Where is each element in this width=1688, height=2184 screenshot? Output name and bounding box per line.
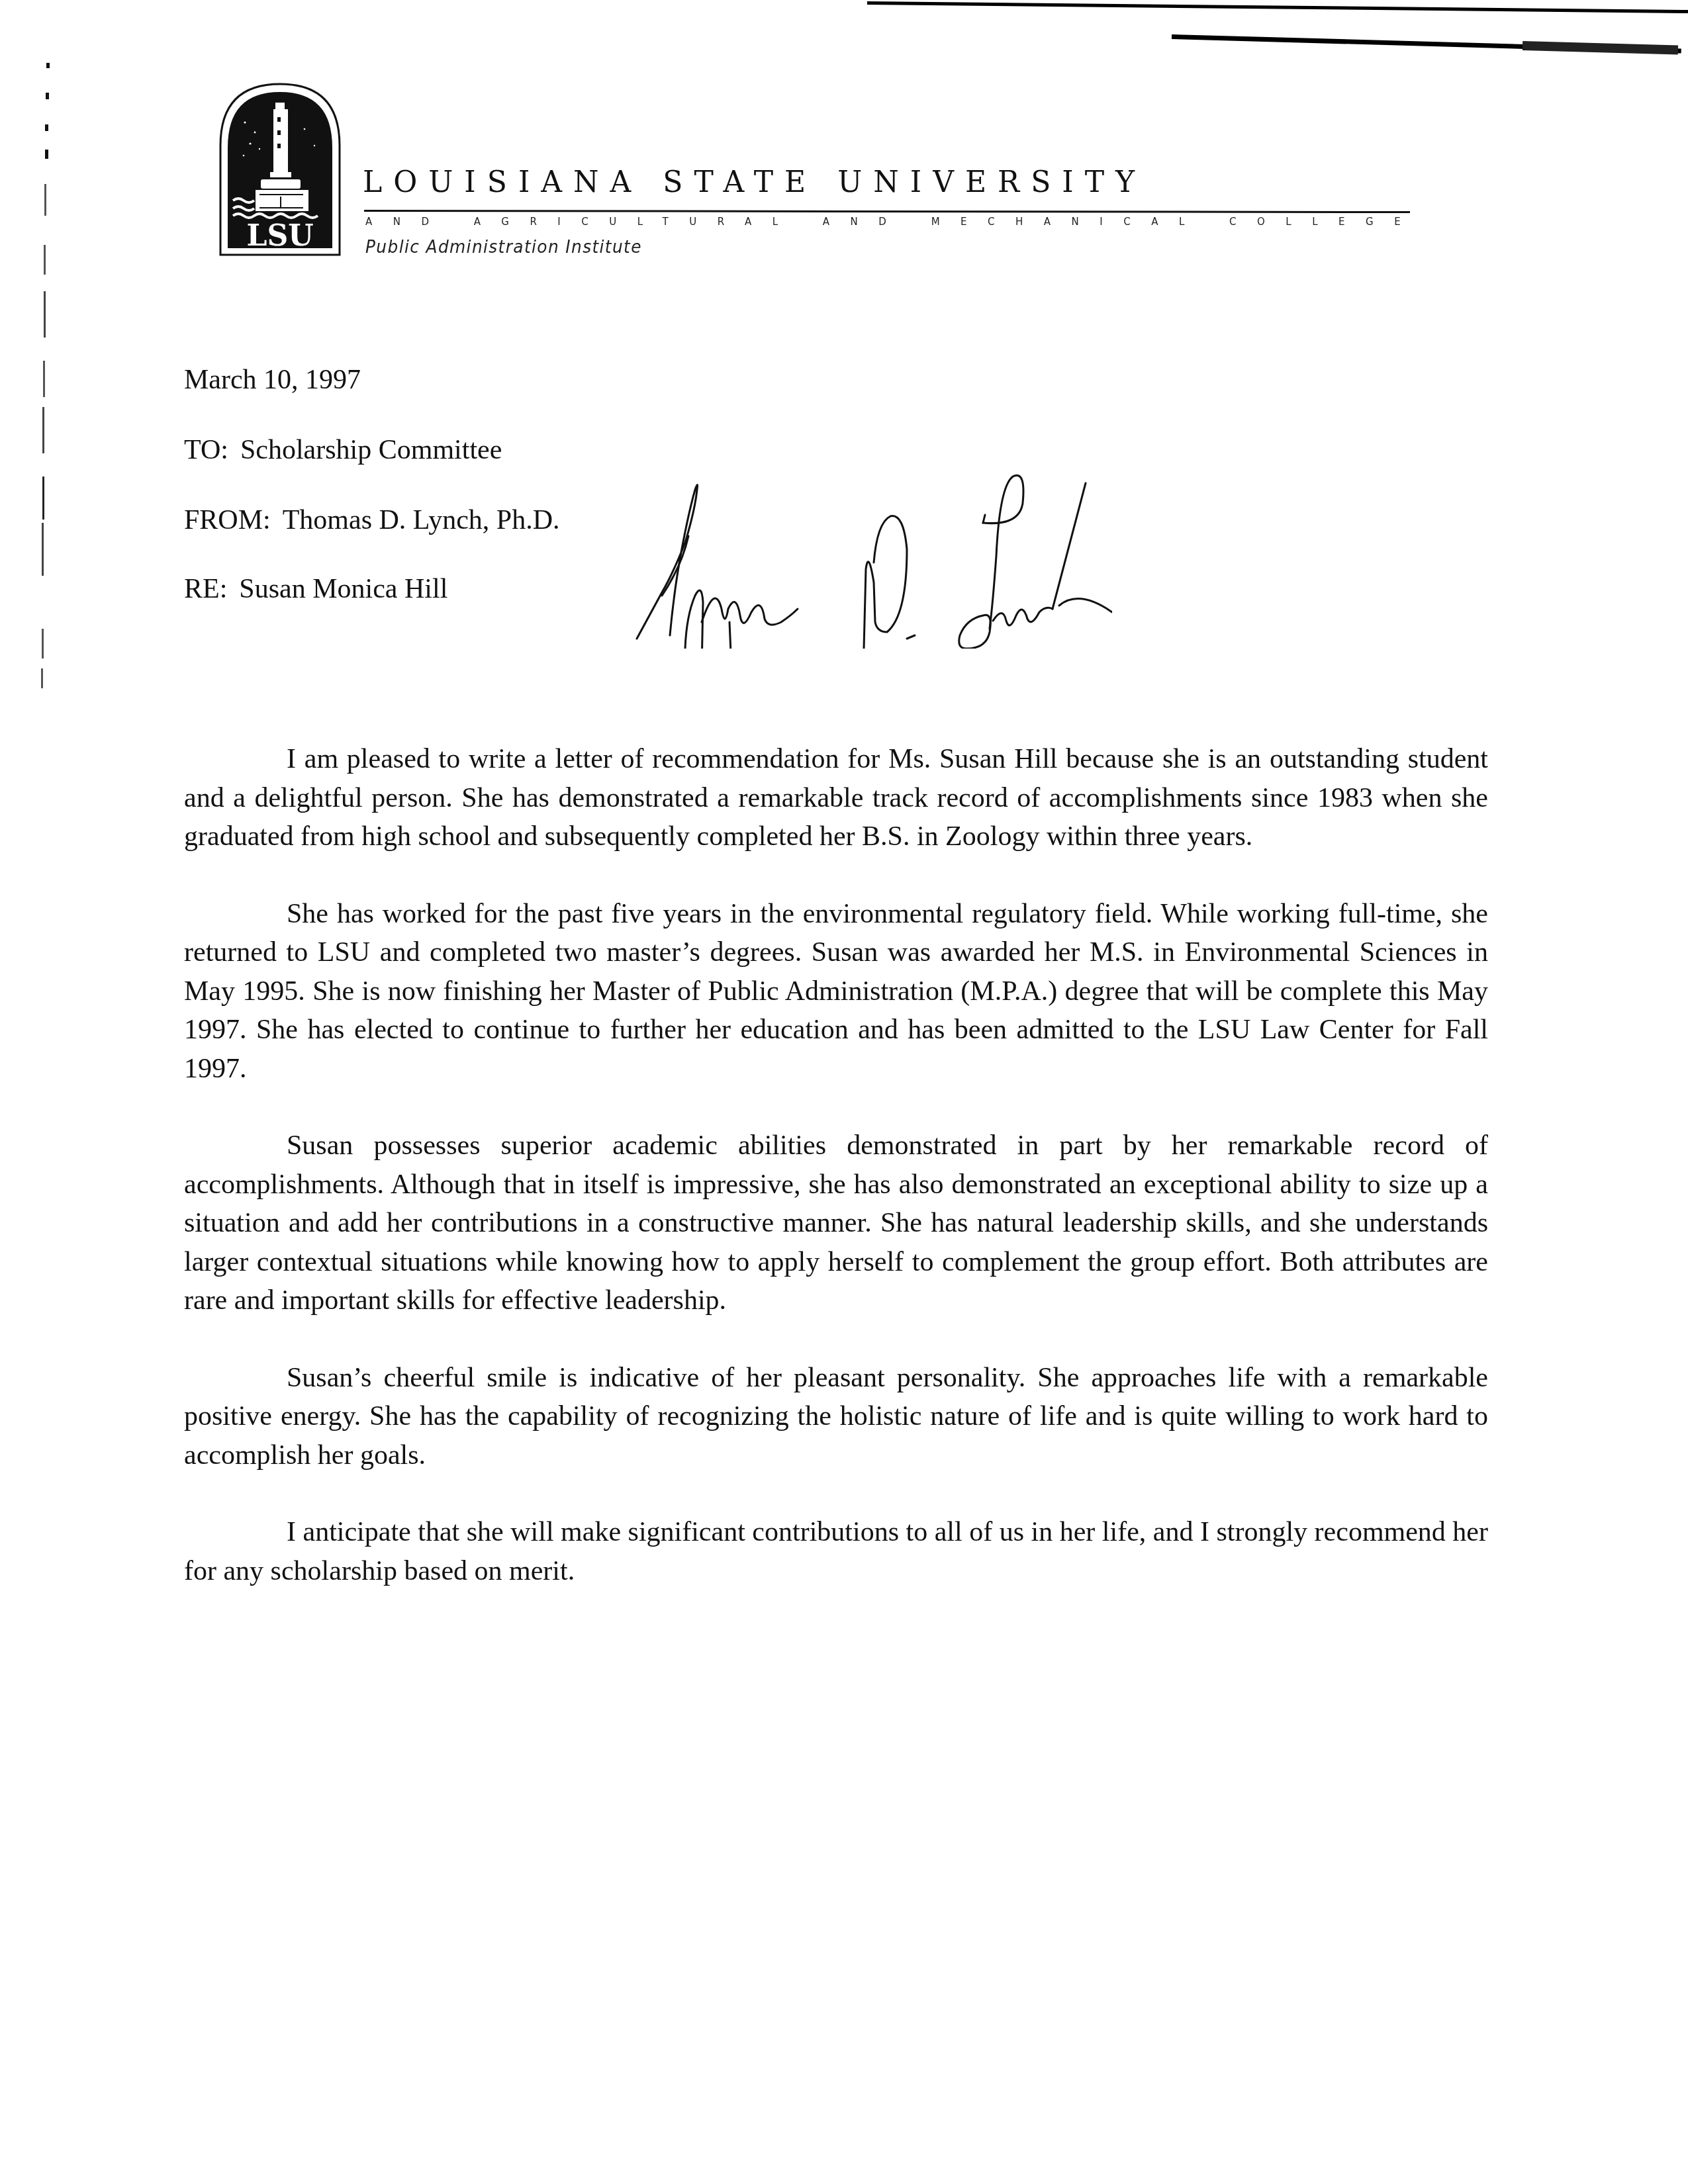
margin-mark bbox=[46, 93, 49, 99]
body-paragraph: Susan possesses superior academic abilit… bbox=[184, 1126, 1488, 1320]
memo-from: FROM:Thomas D. Lynch, Ph.D. bbox=[184, 504, 560, 536]
lsu-logo-icon: LSU bbox=[218, 83, 342, 256]
body-paragraph: Susan’s cheerful smile is indicative of … bbox=[184, 1359, 1488, 1475]
letterhead-rule bbox=[364, 210, 1410, 213]
margin-mark bbox=[43, 361, 45, 397]
memo-to-value: Scholarship Committee bbox=[240, 435, 502, 465]
body-paragraph: I am pleased to write a letter of recomm… bbox=[184, 740, 1488, 856]
margin-mark bbox=[44, 245, 46, 275]
memo-re-label: RE: bbox=[184, 574, 227, 604]
memo-from-value: Thomas D. Lynch, Ph.D. bbox=[283, 505, 560, 535]
memo-re: RE:Susan Monica Hill bbox=[184, 573, 447, 605]
letter-body: I am pleased to write a letter of recomm… bbox=[184, 740, 1488, 1629]
margin-mark bbox=[45, 150, 48, 159]
memo-to-label: TO: bbox=[184, 435, 228, 465]
institution-name: LOUISIANA STATE UNIVERSITY bbox=[363, 165, 1146, 199]
letter-date: March 10, 1997 bbox=[184, 364, 361, 396]
body-paragraph: She has worked for the past five years i… bbox=[184, 895, 1488, 1089]
memo-re-value: Susan Monica Hill bbox=[239, 574, 447, 604]
margin-mark bbox=[42, 477, 44, 520]
scan-artifact-top-second-thick bbox=[1523, 41, 1678, 55]
department-name: Public Administration Institute bbox=[365, 237, 642, 257]
scan-artifact-top bbox=[867, 1, 1688, 13]
letter-page: LSU LOUISIANA STATE UNIVERSITY AND AGRIC… bbox=[0, 0, 1688, 2184]
memo-to: TO:Scholarship Committee bbox=[184, 434, 502, 466]
margin-mark bbox=[41, 668, 43, 688]
margin-mark bbox=[44, 184, 46, 216]
margin-mark bbox=[44, 291, 46, 338]
institution-subtitle: AND AGRICULTURAL AND MECHANICAL COLLEGE bbox=[365, 216, 1421, 228]
body-paragraph: I anticipate that she will make signific… bbox=[184, 1513, 1488, 1590]
signature-icon bbox=[622, 450, 1112, 649]
memo-from-label: FROM: bbox=[184, 505, 271, 535]
logo-text: LSU bbox=[246, 219, 313, 253]
margin-mark bbox=[42, 523, 44, 576]
margin-mark bbox=[45, 124, 48, 131]
margin-mark bbox=[42, 629, 44, 659]
margin-mark bbox=[46, 63, 50, 68]
margin-mark bbox=[42, 407, 44, 453]
